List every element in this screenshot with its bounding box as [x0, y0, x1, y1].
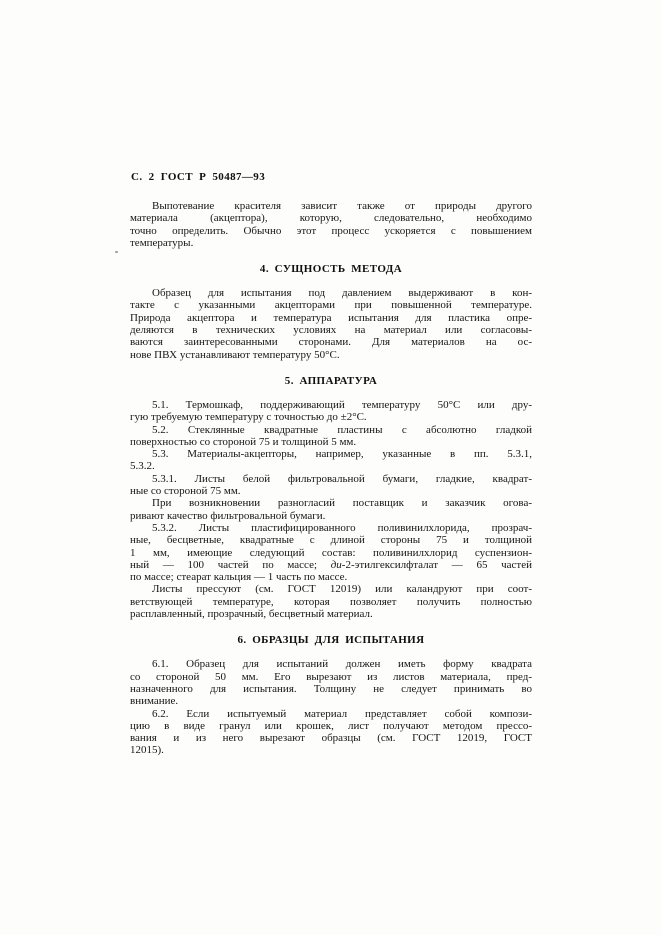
text-line: 5.1. Термошкаф, поддерживающий температу… [130, 399, 532, 411]
running-header: С. 2 ГОСТ Р 50487—93 [131, 171, 265, 183]
text-line: ваются заинтересованными сторонами. Для … [130, 336, 532, 348]
text-line: 5.3.2. [130, 460, 532, 472]
text-line: ный — 100 частей по массе; ди-2-этилгекс… [130, 559, 532, 571]
text-line: деляются в технических условиях на матер… [130, 324, 532, 336]
paragraph: Выпотевание красителя зависит также от п… [130, 200, 532, 249]
text-line: 6.2. Если испытуемый материал представля… [130, 708, 532, 720]
text-line: такте с указанными акцепторами при повыш… [130, 299, 532, 311]
text-line: 5.3.2. Листы пластифицированного поливин… [130, 522, 532, 534]
text-line: гую требуемую температуру с точностью до… [130, 411, 532, 423]
paragraph: 6.1. Образец для испытаний должен иметь … [130, 658, 532, 707]
text-line: точно определить. Обычно этот процесс ус… [130, 225, 532, 237]
text-line: расплавленный, прозрачный, бесцветный ма… [130, 608, 532, 620]
paragraph: 5.3.1. Листы белой фильтровальной бумаги… [130, 473, 532, 498]
paragraph: 6.2. Если испытуемый материал представля… [130, 708, 532, 757]
text-line: назначенного для испытания. Толщину не с… [130, 683, 532, 695]
paragraph: 5.3.2. Листы пластифицированного поливин… [130, 522, 532, 583]
text-line: ветствующей температуре, которая позволя… [130, 596, 532, 608]
text-line: ные, бесцветные, квадратные с длиной сто… [130, 534, 532, 546]
text-line: Природа акцептора и температура испытани… [130, 312, 532, 324]
section-heading: 6. ОБРАЗЦЫ ДЛЯ ИСПЫТАНИЯ [130, 634, 532, 646]
text-line: 5.3.1. Листы белой фильтровальной бумаги… [130, 473, 532, 485]
paragraph: 5.2. Стеклянные квадратные пластины с аб… [130, 424, 532, 449]
scan-speck [115, 251, 118, 253]
text-line: со стороной 50 мм. Его вырезают из листо… [130, 671, 532, 683]
text-line: поверхностью со стороной 75 и толщиной 5… [130, 436, 532, 448]
text-line: цию в виде гранул или крошек, лист получ… [130, 720, 532, 732]
text-line: вания и из него вырезают образцы (см. ГО… [130, 732, 532, 744]
document-content: Выпотевание красителя зависит также от п… [130, 200, 532, 757]
paragraph: Образец для испытания под давлением выде… [130, 287, 532, 361]
paragraph: 5.3. Материалы-акцепторы, например, указ… [130, 448, 532, 473]
text-line: 1 мм, имеющие следующий состав: поливини… [130, 547, 532, 559]
text-line: Листы прессуют (см. ГОСТ 12019) или кала… [130, 583, 532, 595]
section-heading: 4. СУЩНОСТЬ МЕТОДА [130, 263, 532, 275]
text-line: 5.3. Материалы-акцепторы, например, указ… [130, 448, 532, 460]
paragraph: 5.1. Термошкаф, поддерживающий температу… [130, 399, 532, 424]
text-line: ные со стороной 75 мм. [130, 485, 532, 497]
paragraph: При возникновении разногласий поставщик … [130, 497, 532, 522]
text-line: ривают качество фильтровальной бумаги. [130, 510, 532, 522]
text-line: Образец для испытания под давлением выде… [130, 287, 532, 299]
text-line: по массе; стеарат кальция — 1 часть по м… [130, 571, 532, 583]
text-line: Выпотевание красителя зависит также от п… [130, 200, 532, 212]
text-line: При возникновении разногласий поставщик … [130, 497, 532, 509]
text-line: температуры. [130, 237, 532, 249]
text-line: материала (акцептора), которую, следоват… [130, 212, 532, 224]
section-heading: 5. АППАРАТУРА [130, 375, 532, 387]
text-line: 12015). [130, 744, 532, 756]
document-page: С. 2 ГОСТ Р 50487—93 Выпотевание красите… [0, 0, 661, 935]
text-line: нове ПВХ устанавливают температуру 50°С. [130, 349, 532, 361]
paragraph: Листы прессуют (см. ГОСТ 12019) или кала… [130, 583, 532, 620]
text-line: 5.2. Стеклянные квадратные пластины с аб… [130, 424, 532, 436]
text-line: 6.1. Образец для испытаний должен иметь … [130, 658, 532, 670]
text-line: внимание. [130, 695, 532, 707]
